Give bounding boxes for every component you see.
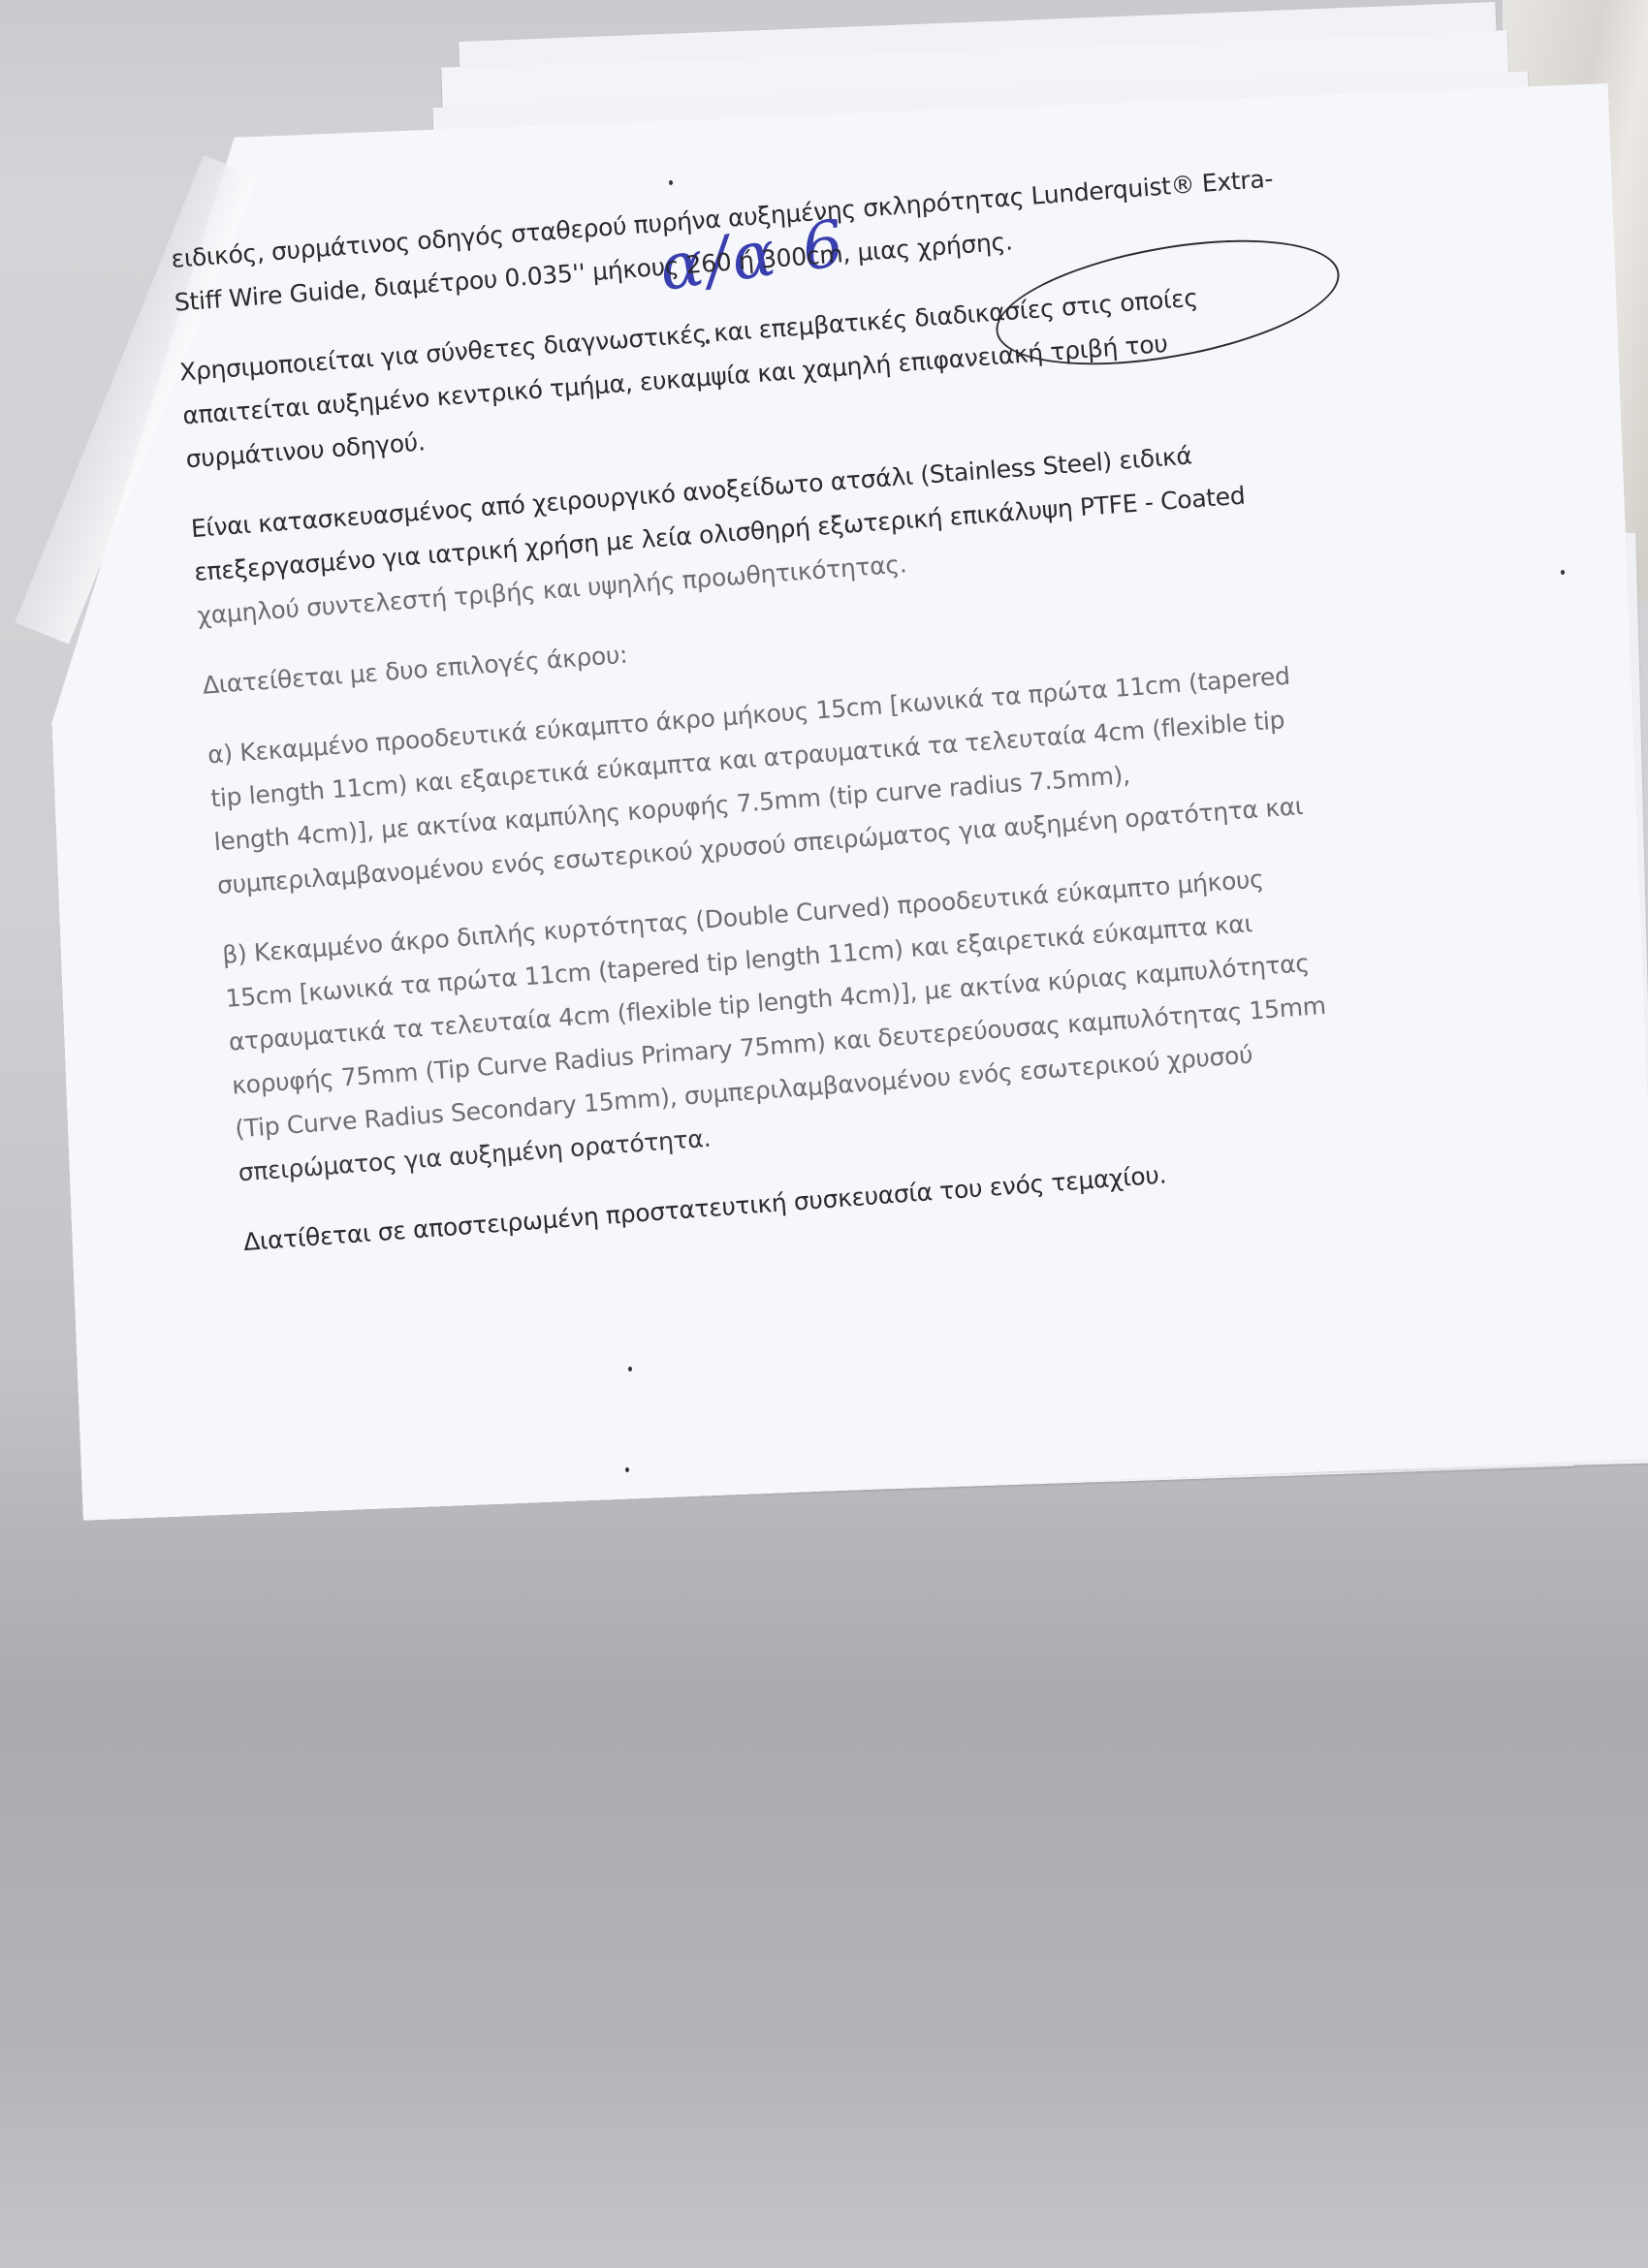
scan-speck: [628, 1367, 632, 1371]
scan-speck: [625, 1467, 629, 1472]
text-line: Διατείθεται με δυο επιλογές άκρου:: [202, 641, 628, 700]
scan-speck: [1561, 570, 1565, 575]
document-body: ειδικός, συρμάτινος οδηγός σταθερού πυρή…: [170, 151, 1426, 1290]
scan-speck: [669, 180, 673, 185]
paragraph-option-b: β) Κεκαμμένο άκρο διπλής κυρτότητας (Dou…: [221, 847, 1419, 1195]
scan-speck: [706, 339, 710, 344]
text-line: συρμάτινου οδηγού.: [185, 427, 427, 473]
